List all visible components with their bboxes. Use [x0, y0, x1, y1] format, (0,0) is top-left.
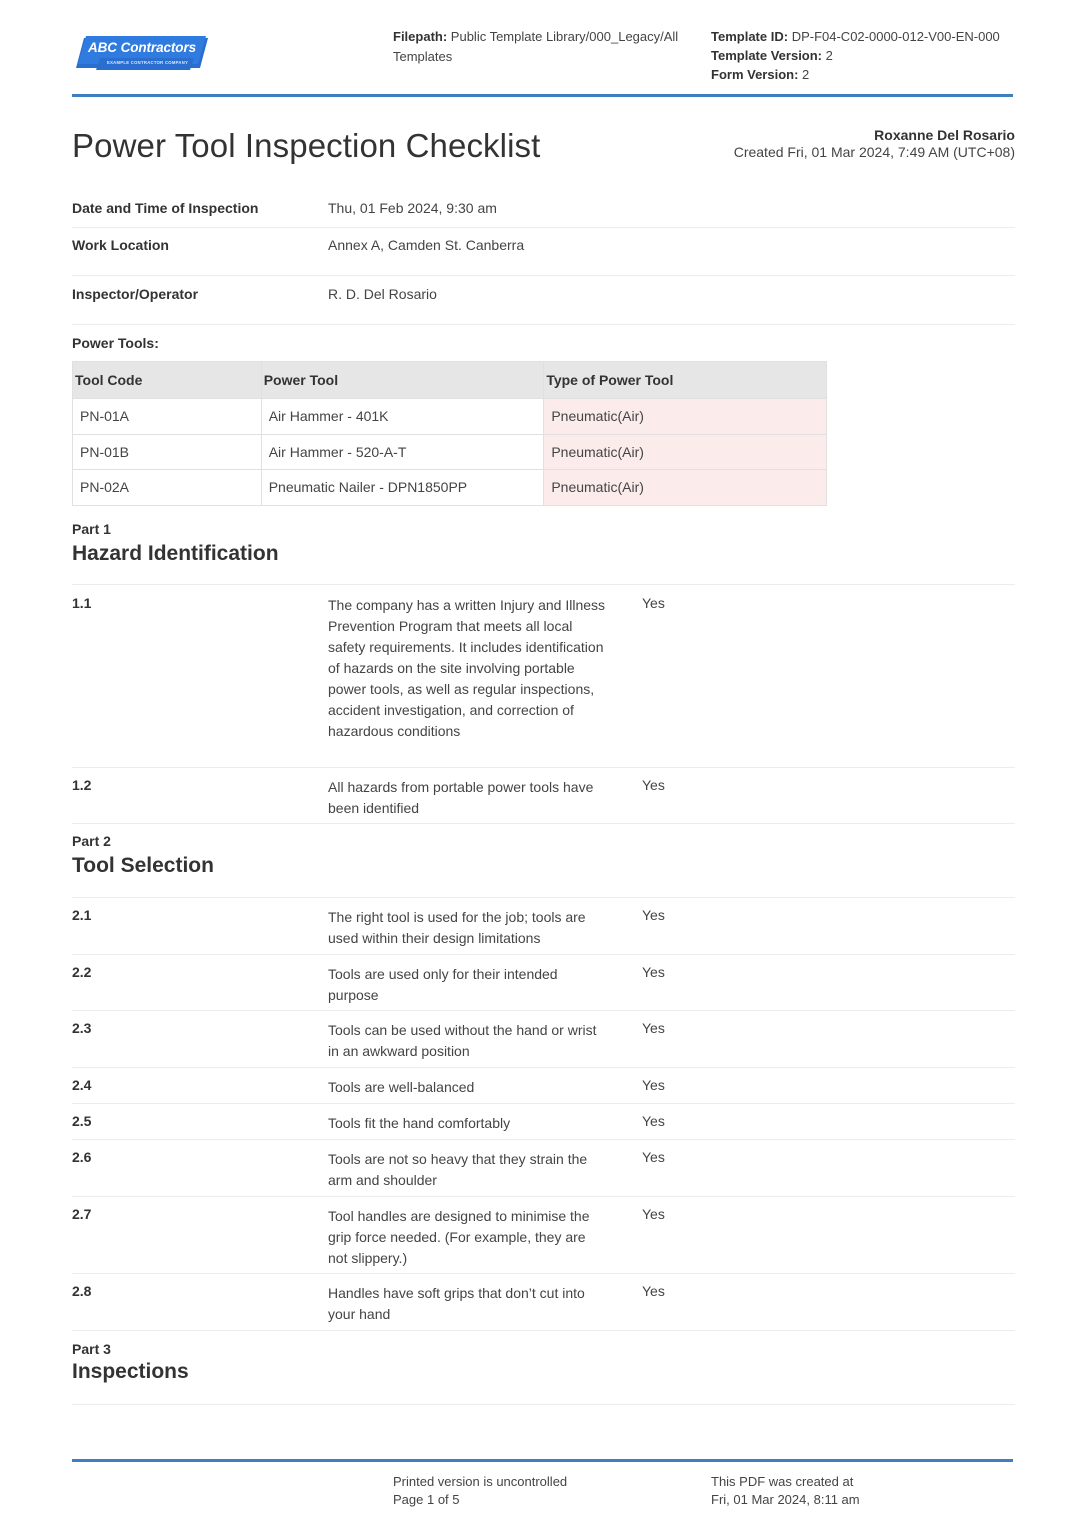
- item-text: Tools are not so heavy that they strain …: [328, 1149, 608, 1191]
- filepath-meta: Filepath: Public Template Library/000_Le…: [393, 27, 698, 67]
- info-value: Annex A, Camden St. Canberra: [328, 237, 524, 253]
- divider: [72, 954, 1015, 955]
- tool-type-cell: Pneumatic(Air): [544, 399, 827, 435]
- divider: [72, 767, 1015, 768]
- divider: [72, 1273, 1015, 1274]
- form-version-label: Form Version:: [711, 67, 798, 82]
- tool-name-cell: Pneumatic Nailer - DPN1850PP: [261, 470, 544, 506]
- tool-code-cell: PN-01A: [73, 399, 262, 435]
- uncontrolled-notice: Printed version is uncontrolled: [393, 1473, 567, 1491]
- info-label: Inspector/Operator: [72, 286, 198, 302]
- info-row-location: Work Location Annex A, Camden St. Canber…: [72, 237, 1015, 276]
- page-title: Power Tool Inspection Checklist: [72, 127, 540, 165]
- tool-code-cell: PN-01B: [73, 434, 262, 470]
- template-version-row: Template Version: 2: [711, 46, 1041, 65]
- item-number: 2.3: [72, 1020, 91, 1036]
- item-number: 2.5: [72, 1113, 91, 1129]
- power-tools-table: Tool Code Power Tool Type of Power Tool …: [72, 361, 827, 506]
- form-version-value: 2: [802, 67, 809, 82]
- column-header: Tool Code: [73, 362, 262, 399]
- item-text: The company has a written Injury and Ill…: [328, 595, 608, 742]
- table-row: PN-01A Air Hammer - 401K Pneumatic(Air): [73, 399, 827, 435]
- item-answer: Yes: [642, 1077, 665, 1093]
- company-logo: ABC Contractors EXAMPLE CONTRACTOR COMPA…: [74, 36, 208, 72]
- item-answer: Yes: [642, 1206, 665, 1222]
- part-3-title: Inspections: [72, 1360, 189, 1384]
- template-id-label: Template ID:: [711, 29, 788, 44]
- table-row: PN-02A Pneumatic Nailer - DPN1850PP Pneu…: [73, 470, 827, 506]
- footer-page-info: Printed version is uncontrolled Page 1 o…: [393, 1473, 567, 1509]
- pdf-created-value: Fri, 01 Mar 2024, 8:11 am: [711, 1491, 860, 1509]
- item-answer: Yes: [642, 595, 665, 611]
- item-number: 1.2: [72, 777, 91, 793]
- item-text: Tools are used only for their intended p…: [328, 964, 608, 1006]
- part-2-label: Part 2: [72, 833, 111, 849]
- tool-name-cell: Air Hammer - 520-A-T: [261, 434, 544, 470]
- divider: [72, 1330, 1015, 1331]
- author-name: Roxanne Del Rosario: [734, 127, 1015, 144]
- column-header: Power Tool: [261, 362, 544, 399]
- item-text: All hazards from portable power tools ha…: [328, 777, 608, 819]
- info-value: R. D. Del Rosario: [328, 286, 437, 302]
- item-number: 1.1: [72, 595, 91, 611]
- item-number: 2.7: [72, 1206, 91, 1222]
- page-number: Page 1 of 5: [393, 1491, 567, 1509]
- tool-name-cell: Air Hammer - 401K: [261, 399, 544, 435]
- item-number: 2.2: [72, 964, 91, 980]
- logo-subtitle: EXAMPLE CONTRACTOR COMPANY: [107, 60, 188, 65]
- power-tools-label: Power Tools:: [72, 335, 159, 351]
- divider: [72, 1139, 1015, 1140]
- divider: [72, 1010, 1015, 1011]
- part-1-title: Hazard Identification: [72, 542, 279, 566]
- template-id-value: DP-F04-C02-0000-012-V00-EN-000: [792, 29, 1000, 44]
- item-number: 2.4: [72, 1077, 91, 1093]
- filepath-label: Filepath:: [393, 29, 447, 44]
- logo-title: ABC Contractors: [88, 40, 196, 55]
- footer-created-info: This PDF was created at Fri, 01 Mar 2024…: [711, 1473, 860, 1509]
- author-block: Roxanne Del Rosario Created Fri, 01 Mar …: [734, 127, 1015, 161]
- table-header-row: Tool Code Power Tool Type of Power Tool: [73, 362, 827, 399]
- divider: [72, 1103, 1015, 1104]
- item-number: 2.1: [72, 907, 91, 923]
- template-version-value: 2: [826, 48, 833, 63]
- document-page: ABC Contractors EXAMPLE CONTRACTOR COMPA…: [0, 0, 1085, 1536]
- info-row-inspector: Inspector/Operator R. D. Del Rosario: [72, 286, 1015, 325]
- info-row-date: Date and Time of Inspection Thu, 01 Feb …: [72, 200, 1015, 228]
- item-text: Tools are well-balanced: [328, 1077, 608, 1098]
- template-id-row: Template ID: DP-F04-C02-0000-012-V00-EN-…: [711, 27, 1041, 46]
- table-row: PN-01B Air Hammer - 520-A-T Pneumatic(Ai…: [73, 434, 827, 470]
- divider: [72, 1067, 1015, 1068]
- info-label: Date and Time of Inspection: [72, 200, 258, 216]
- created-timestamp: Created Fri, 01 Mar 2024, 7:49 AM (UTC+0…: [734, 144, 1015, 161]
- info-value: Thu, 01 Feb 2024, 9:30 am: [328, 200, 497, 216]
- item-answer: Yes: [642, 1283, 665, 1299]
- item-answer: Yes: [642, 1149, 665, 1165]
- part-3-label: Part 3: [72, 1341, 111, 1357]
- part-1-label: Part 1: [72, 521, 111, 537]
- tool-code-cell: PN-02A: [73, 470, 262, 506]
- item-number: 2.8: [72, 1283, 91, 1299]
- divider: [72, 584, 1015, 585]
- item-text: Tools fit the hand comfortably: [328, 1113, 608, 1134]
- item-answer: Yes: [642, 1020, 665, 1036]
- item-text: Tools can be used without the hand or wr…: [328, 1020, 608, 1062]
- header-divider: [72, 94, 1013, 97]
- footer-divider: [72, 1459, 1013, 1462]
- divider: [72, 1404, 1015, 1405]
- divider: [72, 823, 1015, 824]
- template-version-label: Template Version:: [711, 48, 822, 63]
- template-meta: Template ID: DP-F04-C02-0000-012-V00-EN-…: [711, 27, 1041, 84]
- divider: [72, 1196, 1015, 1197]
- item-text: Tool handles are designed to minimise th…: [328, 1206, 608, 1269]
- column-header: Type of Power Tool: [544, 362, 827, 399]
- item-answer: Yes: [642, 907, 665, 923]
- item-text: The right tool is used for the job; tool…: [328, 907, 608, 949]
- item-number: 2.6: [72, 1149, 91, 1165]
- pdf-created-label: This PDF was created at: [711, 1473, 860, 1491]
- tool-type-cell: Pneumatic(Air): [544, 470, 827, 506]
- item-text: Handles have soft grips that don’t cut i…: [328, 1283, 608, 1325]
- tool-type-cell: Pneumatic(Air): [544, 434, 827, 470]
- part-2-title: Tool Selection: [72, 854, 214, 878]
- item-answer: Yes: [642, 1113, 665, 1129]
- item-answer: Yes: [642, 777, 665, 793]
- item-answer: Yes: [642, 964, 665, 980]
- info-label: Work Location: [72, 237, 169, 253]
- divider: [72, 897, 1015, 898]
- form-version-row: Form Version: 2: [711, 65, 1041, 84]
